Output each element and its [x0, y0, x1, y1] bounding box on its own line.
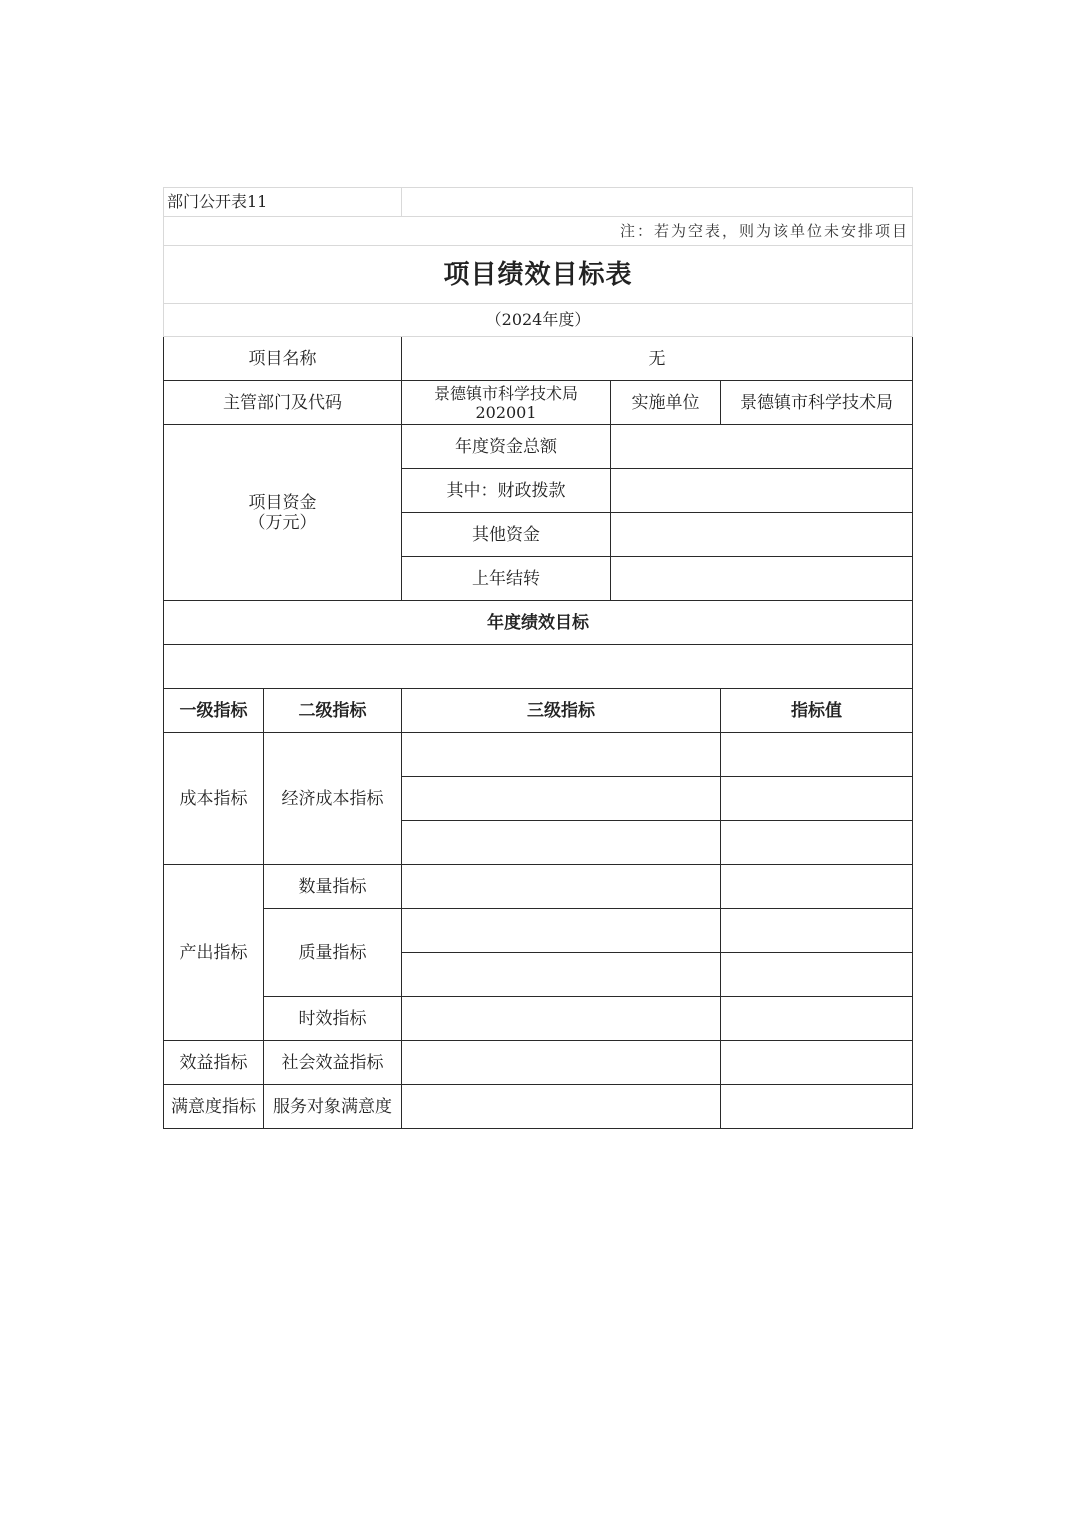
indicator-value-cell	[721, 953, 913, 997]
level3-cell	[402, 865, 721, 909]
indicator-value-cell	[721, 1085, 913, 1129]
indicator-value-cell	[721, 777, 913, 821]
performance-goal-table: 部门公开表11 注：若为空表，则为该单位未安排项目 项目绩效目标表 （2024年…	[163, 187, 913, 1129]
performance-goal-sheet: 部门公开表11 注：若为空表，则为该单位未安排项目 项目绩效目标表 （2024年…	[163, 187, 912, 1129]
fund-row-value	[611, 425, 913, 469]
fund-row-value	[611, 513, 913, 557]
dept-code: 202001	[402, 403, 610, 422]
level1-output: 产出指标	[164, 865, 264, 1041]
page-title: 项目绩效目标表	[164, 246, 913, 304]
col-header-level1: 一级指标	[164, 689, 264, 733]
fund-row-label: 上年结转	[402, 557, 611, 601]
indicator-value-cell	[721, 733, 913, 777]
empty-table-note: 注：若为空表，则为该单位未安排项目	[164, 217, 913, 246]
fiscal-year: （2024年度）	[164, 304, 913, 337]
project-name-value: 无	[402, 337, 913, 381]
level1-satisfaction: 满意度指标	[164, 1085, 264, 1129]
indicator-value-cell	[721, 865, 913, 909]
fund-row-value	[611, 469, 913, 513]
level2-service-satisfaction: 服务对象满意度	[264, 1085, 402, 1129]
dept-code-value: 景德镇市科学技术局 202001	[402, 381, 611, 425]
fund-row-label: 其中：财政拨款	[402, 469, 611, 513]
blank-header-cell	[402, 188, 913, 217]
level3-cell	[402, 1085, 721, 1129]
project-name-label: 项目名称	[164, 337, 402, 381]
fund-row-value	[611, 557, 913, 601]
project-funds-label: 项目资金 （万元）	[164, 425, 402, 601]
project-funds-unit: （万元）	[164, 513, 401, 533]
indicator-value-cell	[721, 909, 913, 953]
indicator-value-cell	[721, 821, 913, 865]
level3-cell	[402, 777, 721, 821]
fund-row-label: 其他资金	[402, 513, 611, 557]
level1-benefit: 效益指标	[164, 1041, 264, 1085]
level3-cell	[402, 997, 721, 1041]
annual-goal-content	[164, 645, 913, 689]
dept-code-label: 主管部门及代码	[164, 381, 402, 425]
level2-economic-cost: 经济成本指标	[264, 733, 402, 865]
indicator-value-cell	[721, 1041, 913, 1085]
dept-name: 景德镇市科学技术局	[402, 384, 610, 403]
col-header-level3: 三级指标	[402, 689, 721, 733]
level2-social-benefit: 社会效益指标	[264, 1041, 402, 1085]
annual-goal-heading: 年度绩效目标	[164, 601, 913, 645]
level2-timeliness: 时效指标	[264, 997, 402, 1041]
doc-code: 部门公开表11	[164, 188, 402, 217]
level1-cost: 成本指标	[164, 733, 264, 865]
level2-quality: 质量指标	[264, 909, 402, 997]
col-header-level2: 二级指标	[264, 689, 402, 733]
level2-quantity: 数量指标	[264, 865, 402, 909]
impl-unit-value: 景德镇市科学技术局	[721, 381, 913, 425]
indicator-value-cell	[721, 997, 913, 1041]
fund-row-label: 年度资金总额	[402, 425, 611, 469]
level3-cell	[402, 909, 721, 953]
level3-cell	[402, 1041, 721, 1085]
level3-cell	[402, 953, 721, 997]
project-funds-title: 项目资金	[164, 493, 401, 513]
level3-cell	[402, 821, 721, 865]
impl-unit-label: 实施单位	[611, 381, 721, 425]
col-header-value: 指标值	[721, 689, 913, 733]
level3-cell	[402, 733, 721, 777]
